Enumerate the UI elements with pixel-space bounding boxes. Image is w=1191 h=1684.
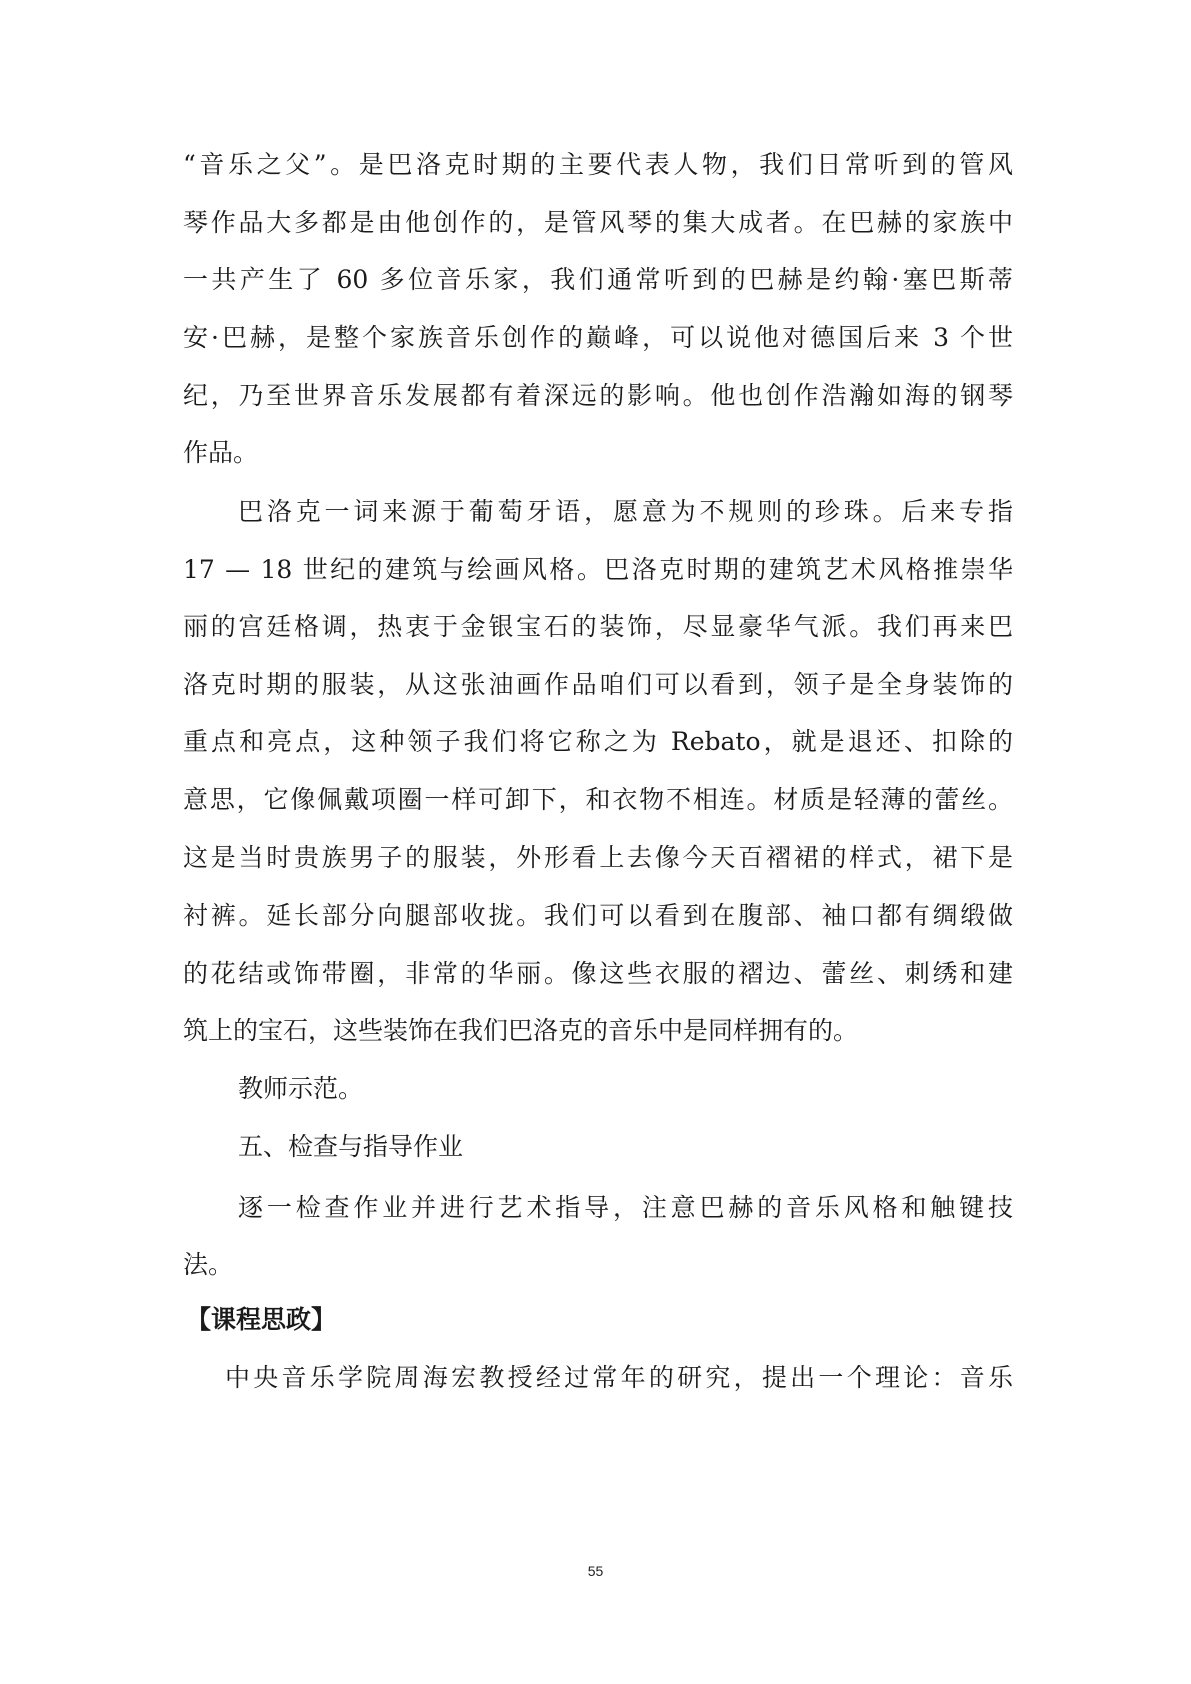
paragraph-1-line-6: 作品。 [183, 433, 1013, 473]
paragraph-1-line-4: 安·巴赫，是整个家族音乐创作的巅峰，可以说他对德国后来 3 个世 [183, 318, 1013, 358]
paragraph-2-line-8: 衬裤。延长部分向腿部收拢。我们可以看到在腹部、袖口都有绸缎做 [183, 896, 1013, 936]
paragraph-1-line-3: 一共产生了 60 多位音乐家，我们通常听到的巴赫是约翰·塞巴斯蒂 [183, 260, 1013, 300]
paragraph-2-line-3: 丽的宫廷格调，热衷于金银宝石的装饰，尽显豪华气派。我们再来巴 [183, 607, 1013, 647]
paragraph-2-line-6: 意思，它像佩戴项圈一样可卸下，和衣物不相连。材质是轻薄的蕾丝。 [183, 780, 1013, 820]
paragraph-3-line-1: 教师示范。 [238, 1069, 1013, 1109]
paragraph-1-line-5: 纪，乃至世界音乐发展都有着深远的影响。他也创作浩瀚如海的钢琴 [183, 376, 1013, 416]
paragraph-2-line-9: 的花结或饰带圈，非常的华丽。像这些衣服的褶边、蕾丝、刺绣和建 [183, 954, 1013, 994]
paragraph-2-line-10: 筑上的宝石，这些装饰在我们巴洛克的音乐中是同样拥有的。 [183, 1011, 1013, 1051]
paragraph-5-line-2: 法。 [183, 1245, 1013, 1285]
paragraph-5-line-1: 逐一检查作业并进行艺术指导，注意巴赫的音乐风格和触键技 [238, 1188, 1013, 1228]
document-page: “音乐之父”。是巴洛克时期的主要代表人物，我们日常听到的管风 琴作品大多都是由他… [0, 0, 1191, 1684]
paragraph-6-line-1: 中央音乐学院周海宏教授经过常年的研究，提出一个理论：音乐 [225, 1358, 1013, 1398]
paragraph-2-line-4: 洛克时期的服装，从这张油画作品咱们可以看到，领子是全身装饰的 [183, 665, 1013, 705]
paragraph-2-line-1: 巴洛克一词来源于葡萄牙语，愿意为不规则的珍珠。后来专指 [238, 492, 1013, 532]
section-five-title: 五、检查与指导作业 [238, 1127, 1013, 1167]
page-number: 55 [0, 1563, 1191, 1579]
paragraph-2-line-5: 重点和亮点，这种领子我们将它称之为 Rebato，就是退还、扣除的 [183, 722, 1013, 762]
paragraph-1-line-2: 琴作品大多都是由他创作的，是管风琴的集大成者。在巴赫的家族中 [183, 203, 1013, 243]
paragraph-1-line-1: “音乐之父”。是巴洛克时期的主要代表人物，我们日常听到的管风 [183, 145, 1013, 185]
paragraph-2-line-2: 17 — 18 世纪的建筑与绘画风格。巴洛克时期的建筑艺术风格推崇华 [183, 550, 1013, 590]
section-heading: 【课程思政】 [186, 1300, 336, 1340]
paragraph-2-line-7: 这是当时贵族男子的服装，外形看上去像今天百褶裙的样式，裙下是 [183, 838, 1013, 878]
